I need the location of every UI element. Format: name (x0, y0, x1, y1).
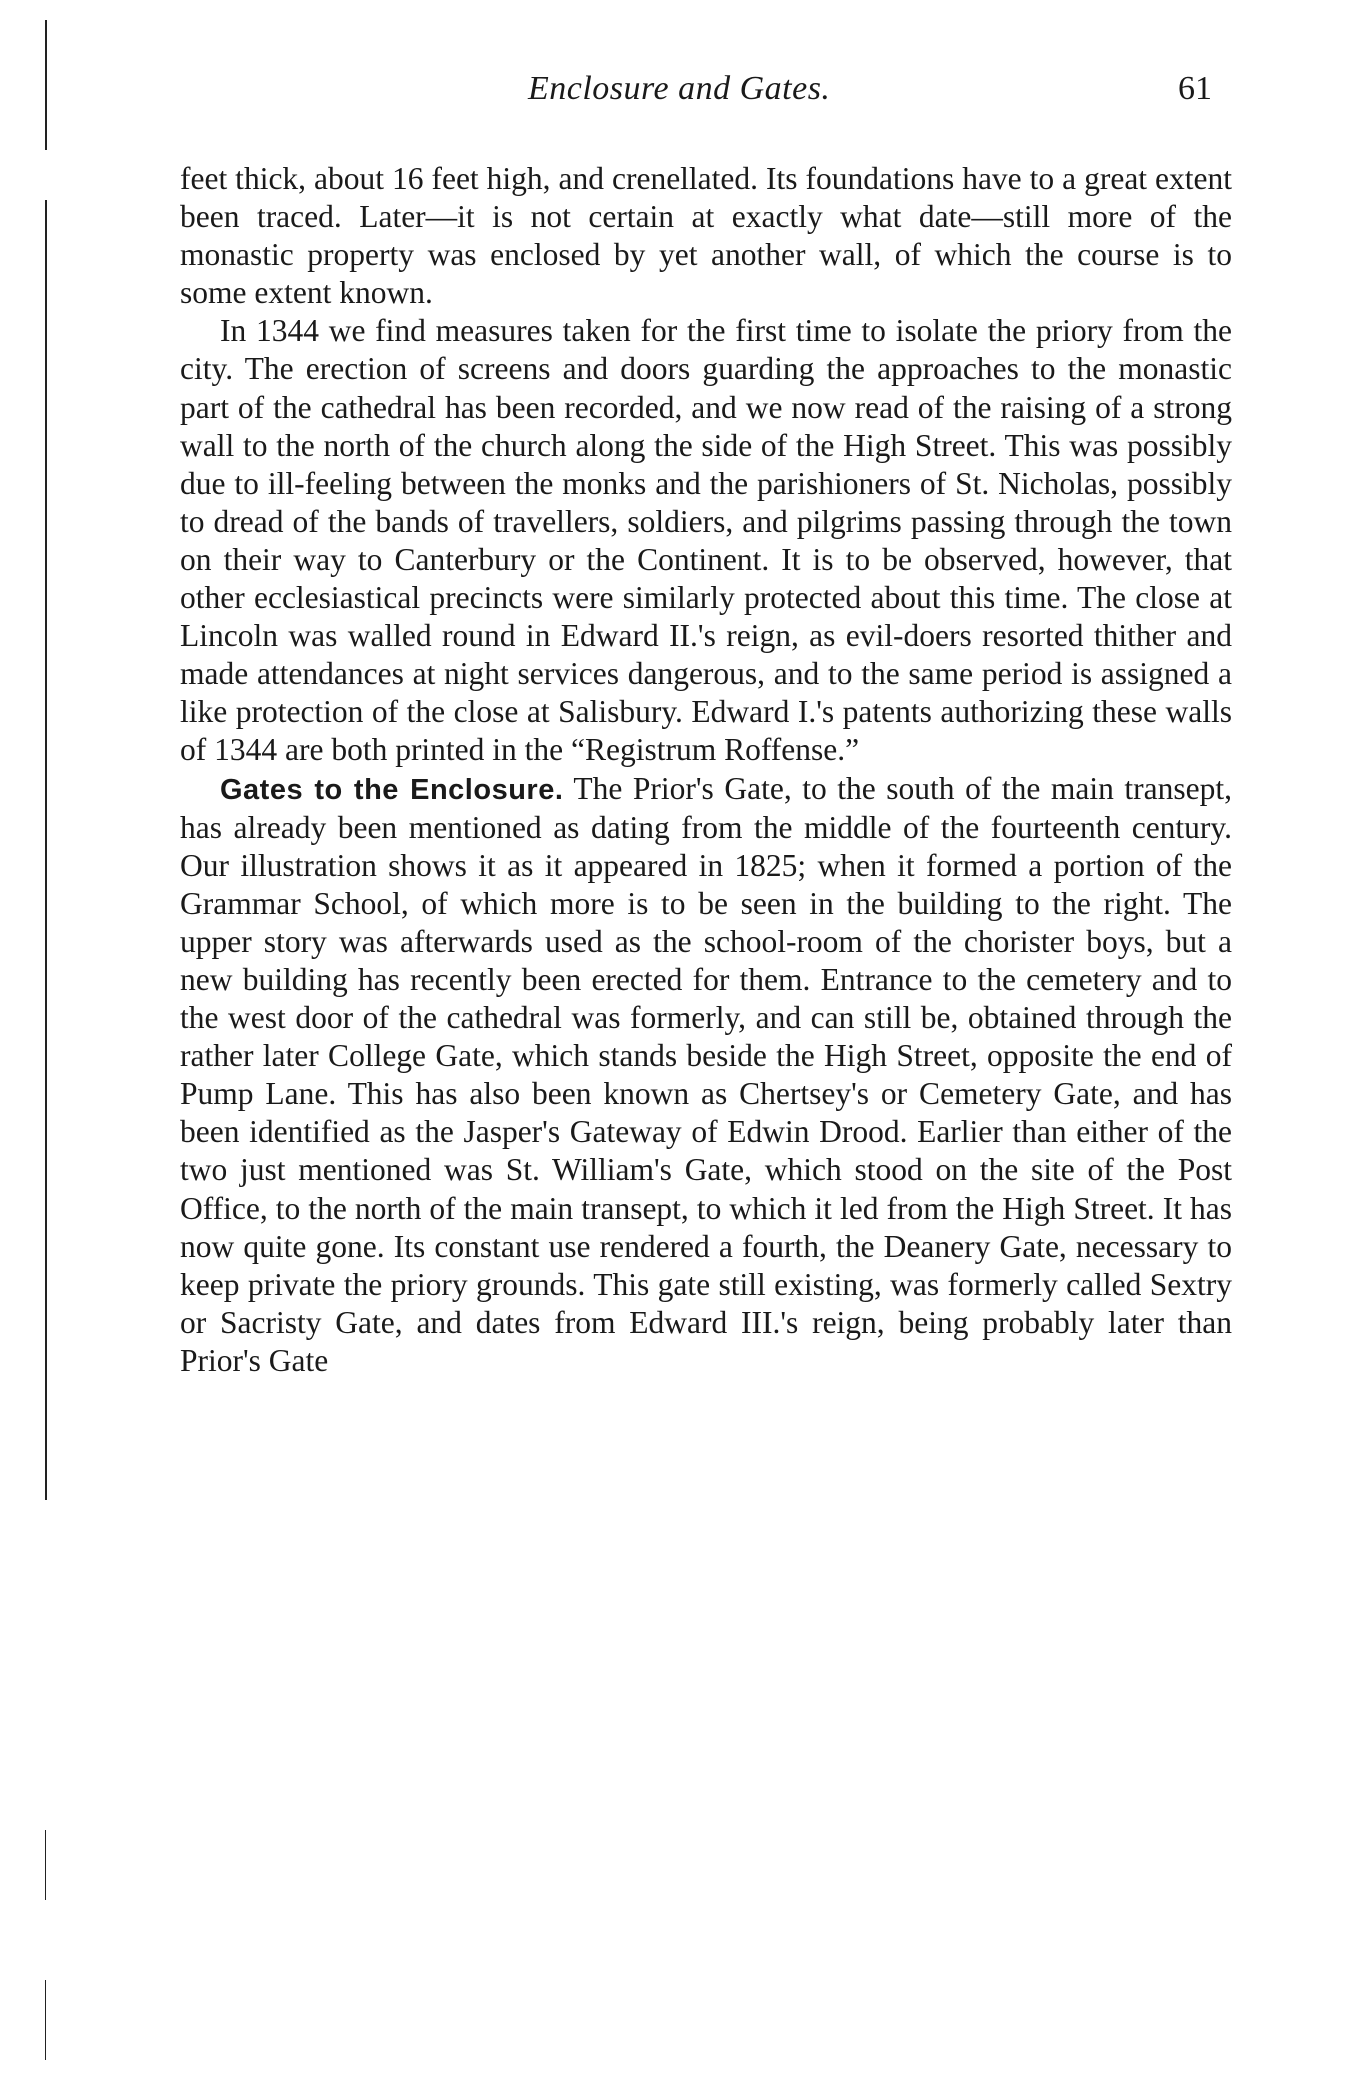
paragraph: In 1344 we find measures taken for the f… (180, 312, 1232, 769)
scan-margin-line (45, 1830, 46, 1900)
scan-margin-line (45, 1980, 46, 2060)
paragraph-text: The Prior's Gate, to the south of the ma… (180, 771, 1232, 1378)
scan-margin-line (45, 200, 47, 1500)
paragraph-text: In 1344 we find measures taken for the f… (180, 313, 1232, 767)
paragraph: feet thick, about 16 feet high, and cren… (180, 160, 1232, 312)
paragraph-text: feet thick, about 16 feet high, and cren… (180, 161, 1232, 310)
paragraph: Gates to the Enclosure. The Prior's Gate… (180, 770, 1232, 1381)
page-number: 61 (1178, 70, 1212, 108)
section-heading: Gates to the Enclosure. (220, 774, 563, 806)
running-title: Enclosure and Gates. (528, 70, 830, 108)
body-text: feet thick, about 16 feet high, and cren… (180, 160, 1232, 1380)
running-head: Enclosure and Gates. 61 (0, 70, 1368, 120)
